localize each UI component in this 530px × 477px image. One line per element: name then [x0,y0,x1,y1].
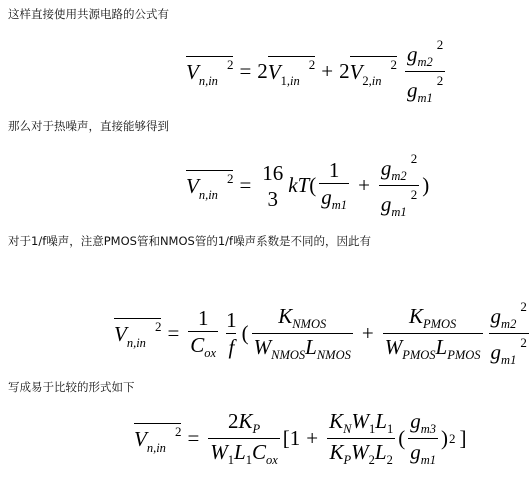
right-bracket: ] [459,426,466,451]
var-l: L [375,409,387,433]
var-g: g [407,78,418,102]
sub: m1 [332,198,347,212]
sup: 2 [437,37,444,52]
sub: n,in [127,336,146,350]
right-paren: ) [441,426,448,451]
paragraph-cs-formula-intro: 这样直接使用共源电路的公式有 [8,6,169,22]
equals-sign: = [167,321,179,346]
sup: 2 [155,319,162,334]
sup: 2 [520,335,527,350]
var-w: W [385,335,403,359]
sub: 2 [387,453,393,467]
fraction-gm2-gm1: gm22 gm12 [379,152,419,219]
equation-4: Vn,in2 = 2KP W1L1Cox [ 1 + KNW1L1 KPW2L2… [134,410,466,467]
equation-1: Vn,in2 = 2 V1,in2 + 2 V2,in2 gm22 gm12 [186,38,448,105]
sub: P [252,422,260,436]
lhs-vn-in: Vn,in2 [134,423,181,455]
var-v: V [268,60,281,84]
lhs-vn-in: Vn,in2 [186,170,233,202]
var-w: W [210,440,228,464]
var-f: f [228,335,234,359]
sub: PMOS [402,348,435,362]
paragraph-comparison-form: 写成易于比较的形式如下 [8,379,135,395]
numerator: 16 [260,162,285,186]
plus-sign: + [321,59,333,84]
coef: 2 [228,409,239,433]
var-g: g [410,440,421,464]
one: 1 [290,426,301,451]
fraction-knw1l1-kpw2l2: KNW1L1 KPW2L2 [327,410,395,467]
fraction-1-f: 1 f [224,309,239,358]
var-l: L [436,335,448,359]
sub: P [344,453,352,467]
sup: 2 [175,424,182,439]
sub: N [343,422,351,436]
right-paren: ) [422,173,429,198]
sub: n,in [199,74,218,88]
var-g: g [381,192,392,216]
fraction-1-cox: 1 Cox [188,307,218,360]
sub: PMOS [447,348,480,362]
numerator: 1 [196,307,211,331]
var-w: W [254,335,272,359]
denominator: 3 [266,186,281,210]
equals-sign: = [187,426,199,451]
coef: 2 [257,59,268,84]
var-g: g [410,409,421,433]
var-g: g [381,156,392,180]
numerator: 1 [327,159,342,183]
var-l: L [375,440,387,464]
numerator: 1 [224,309,239,333]
term-v1-in: V1,in2 [268,56,315,88]
var-v: V [350,60,363,84]
fraction-knmos: KNMOS WNMOSLNMOS [252,305,353,362]
sup: 2 [309,57,316,72]
sub: m1 [501,353,516,367]
sub: 1 [387,422,393,436]
sub: n,in [147,441,166,455]
var-g: g [491,340,502,364]
var-k: K [409,304,423,328]
plus-sign: + [306,426,318,451]
var-kt: kT [288,173,309,198]
equals-sign: = [239,59,251,84]
sub: ,in [287,74,300,88]
sub: ox [266,453,278,467]
fraction-2kp-w1l1cox: 2KP W1L1Cox [208,410,280,467]
sub: m1 [421,453,436,467]
left-paren: ( [309,173,316,198]
var-w: W [352,409,370,433]
paragraph-thermal-noise: 那么对于热噪声，直接能够得到 [8,118,169,134]
sup: 2 [437,73,444,88]
var-k: K [329,409,343,433]
var-v: V [134,427,147,451]
sub: NMOS [317,348,351,362]
fraction-kpmos: KPMOS WPMOSLPMOS [383,305,483,362]
sub: ,in [369,74,382,88]
sup: 2 [391,57,398,72]
var-g: g [491,304,502,328]
coef: 2 [339,59,350,84]
sub: m1 [418,91,433,105]
var-c: C [252,440,266,464]
sup: 2 [449,431,456,447]
left-paren: ( [242,321,249,346]
sub: m1 [391,205,406,219]
plus-sign: + [362,321,374,346]
var-k: K [278,304,292,328]
sup: 2 [227,57,234,72]
var-v: V [186,174,199,198]
var-g: g [321,185,332,209]
sup: 2 [411,151,418,166]
fraction-gm3-gm1: gm3 gm1 [408,410,438,467]
var-k: K [238,409,252,433]
left-paren: ( [398,426,405,451]
fraction-16-3: 163 [260,162,285,210]
sub: PMOS [423,317,456,331]
fraction-gm2-gm1: gm22 gm12 [489,300,529,367]
equals-sign: = [239,173,251,198]
var-k: K [329,440,343,464]
var-l: L [305,335,317,359]
var-v: V [114,322,127,346]
var-g: g [407,42,418,66]
term-v2-in: V2,in2 [350,56,397,88]
equation-2: Vn,in2 = 163 kT ( 1 gm1 + gm22 gm12 ) [186,152,429,219]
fraction-1-gm1: 1 gm1 [319,159,349,212]
var-w: W [351,440,369,464]
sub: NMOS [292,317,326,331]
sup: 2 [520,299,527,314]
sup: 2 [227,171,234,186]
lhs-vn-in: Vn,in2 [186,56,233,88]
sub: ox [204,346,216,360]
sub: m2 [501,317,516,331]
paragraph-flicker-noise: 对于1/f噪声，注意PMOS管和NMOS管的1/f噪声系数是不同的，因此有 [8,233,371,249]
fraction-gm2-gm1: gm22 gm12 [405,38,445,105]
sub: m3 [421,422,436,436]
sub: m2 [418,55,433,69]
plus-sign: + [358,173,370,198]
sub: NMOS [271,348,305,362]
var-l: L [234,440,246,464]
lhs-vn-in: Vn,in2 [114,318,161,350]
var-v: V [186,60,199,84]
var-c: C [190,333,204,357]
sub: m2 [391,169,406,183]
sup: 2 [411,187,418,202]
equation-3: Vn,in2 = 1 Cox 1 f ( KNMOS WNMOSLNMOS + … [114,300,530,367]
left-bracket: [ [283,426,290,451]
sub: n,in [199,188,218,202]
